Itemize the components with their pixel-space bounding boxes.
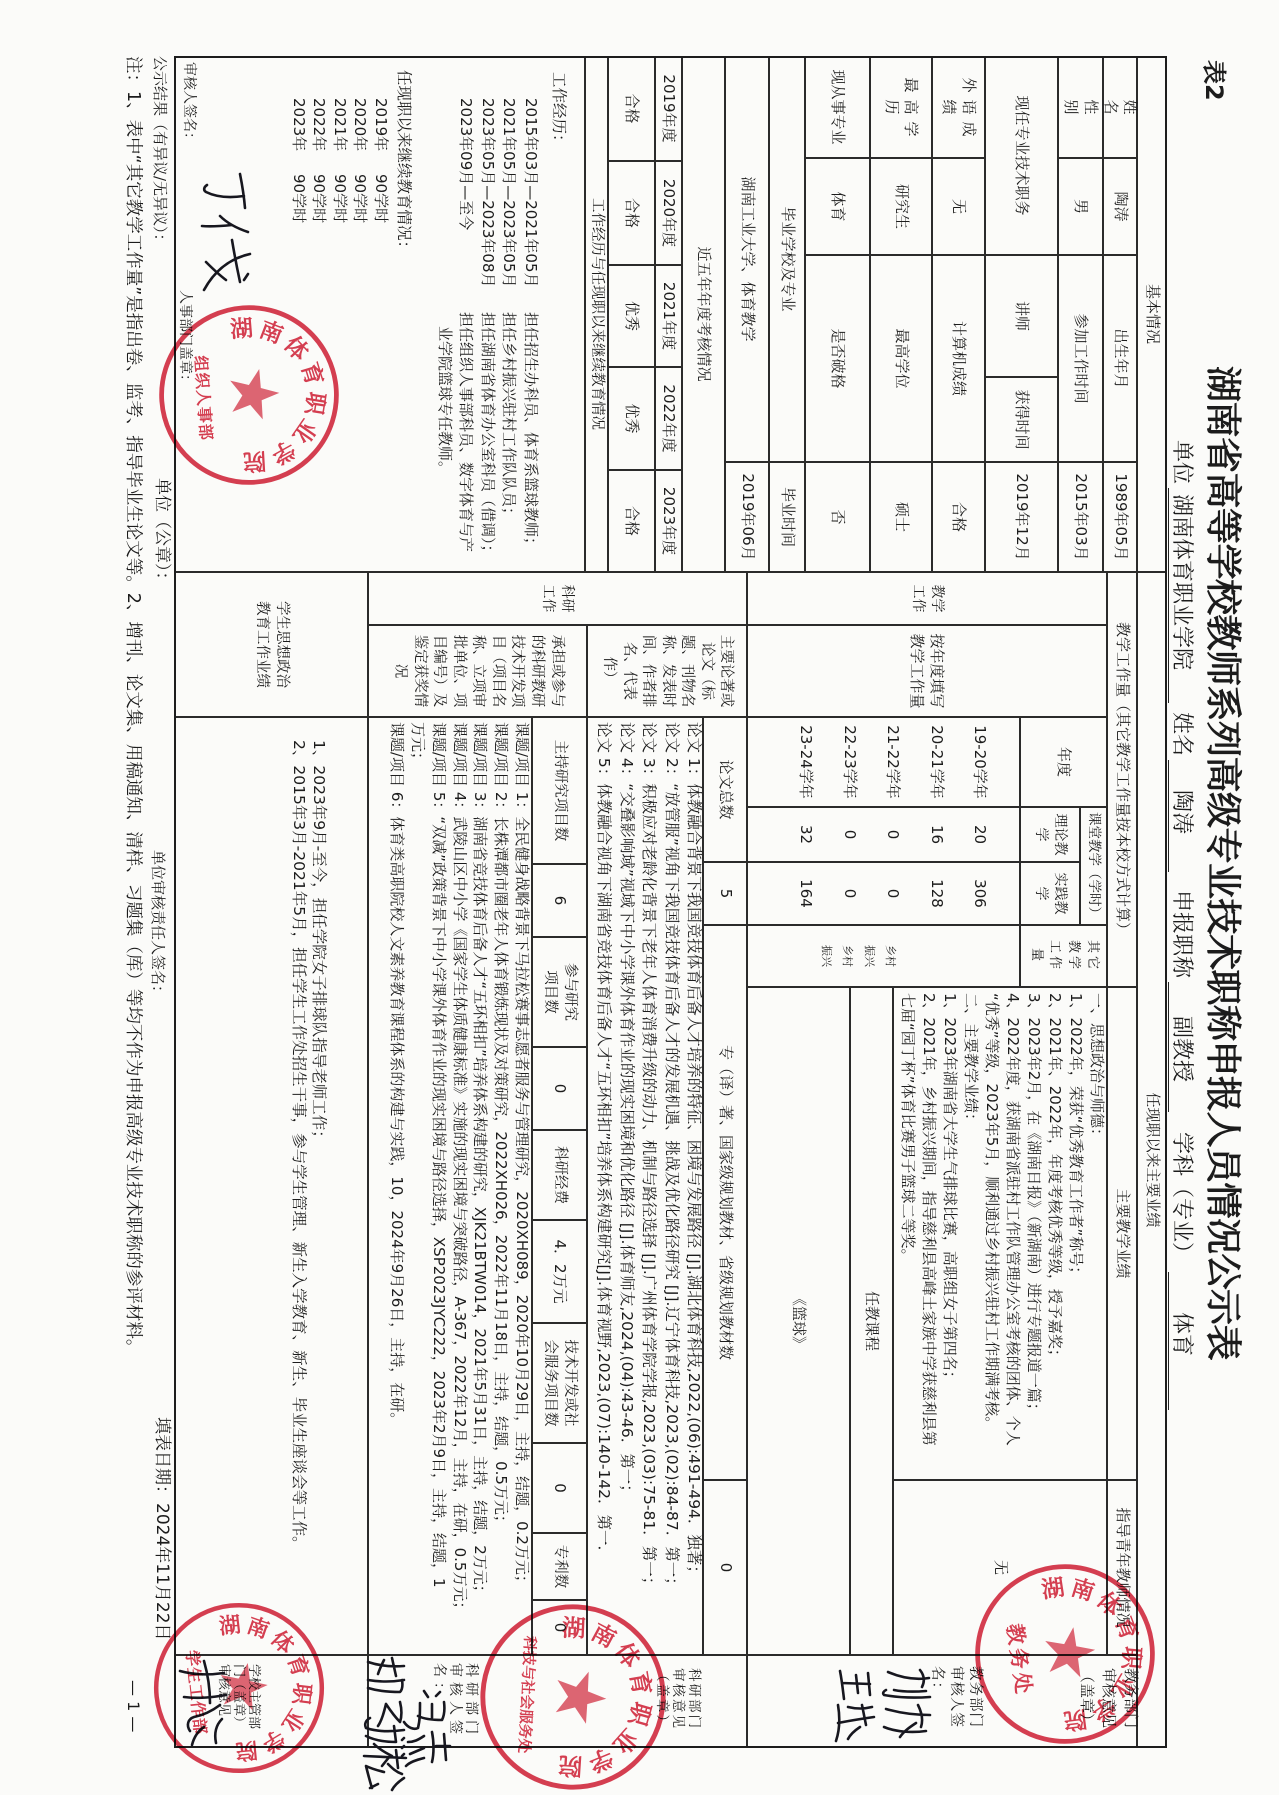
practice-hours: 306 [969,862,991,925]
work-desc: 担任招生办科员、体育系篮球教师； [520,312,541,552]
assessment-result: 合格 [608,161,655,265]
applicant-name-label: 姓名 [1168,712,1195,756]
paper-entry: 论文 4：“交叠影响域”视域下中小学课外体育作业的现实困境和优化路径 [J].体… [616,722,638,1500]
signature-stroke [202,174,250,290]
star-icon [220,1661,270,1713]
obtained-label: 获得时间 [985,377,1058,462]
achievement-line: 二、主要教学业绩： [960,993,981,1128]
teaching-year: 20-21学年 [926,717,948,807]
paper-entry: 论文 3：积极应对老龄化背景下老年人体育消费升级的动力、机制与路径选择 [J].… [638,722,660,1592]
ce-hours: 90学时 [329,174,350,223]
unit-value: 湖南体育职业学院 [1168,488,1195,703]
stat-label-lead-projects: 主持研究项目数 [532,717,587,864]
research-section-label: 科研工作 [368,572,747,625]
work-desc: 担任湖南省体育办公室科员（借调）； [477,312,498,560]
teaching-achievements-header: 主要教学业绩 [1107,987,1137,1480]
assessment-result: 优秀 [608,367,655,470]
document-page: 表2 湖南省高等学校教师系列高级专业技术职称申报人员情况公示表 单位 湖南体育职… [0,0,1279,1795]
research-signatures [359,1650,454,1795]
project-line: 课题/项目 5：“双减”政策背景下中小学课外体育作业的现实困境与路径选择，XSP… [428,722,449,1588]
ce-year: 2021年 [329,98,350,151]
academic-affairs-stamp: 湖南体育职业学院 教务处 [958,1547,1173,1762]
work-start-label: 参加工作时间 [1058,255,1103,462]
education-label: 最高学历 [870,56,932,158]
school-value: 湖南工业大学、体育教学 [725,56,769,462]
reviewer-signature [199,170,254,295]
reviewer-sign-label: 审核人签名： [178,62,199,146]
col-practice-text: 实践教学 [1031,872,1069,916]
teaching-year: 19-20学年 [969,717,991,807]
obtained-value: 2019年12月 [985,462,1058,572]
stat-label-service-projects-text: 技术开发或社会服务项目数 [540,1338,579,1428]
signature-stroke [836,1670,930,1741]
footnote: 注：1、表中“其它教学工作量”是指出卷、监考、指导毕业生论文等。2、增刊、论文集… [123,56,143,1356]
teaching-section-label-text: 教学工作 [908,584,946,614]
teaching-section-label: 教学工作 [747,572,1107,625]
applied-title-label: 申报职称 [1168,890,1195,978]
star-icon [230,368,282,422]
assessment-year: 2020年度 [655,161,682,265]
project-line: 万元； [407,722,428,767]
ce-hours: 90学时 [288,174,309,223]
col-practice-header: 实践教学 [1020,862,1080,925]
achievement-line: “优秀”等级，2023年5月，顺利通过乡村振兴驻村工作期满考核。 [981,993,1002,1431]
ce-hours: 90学时 [349,174,370,223]
stat-label-joined-projects: 参与研究项目数 [532,937,587,1047]
work-period: 2023年09月—至今 [455,98,476,230]
stamp-department-text: 科技与社会服务处 [515,1635,539,1754]
student-affairs-stamp: 湖南体育职业学院 学生工作部 [140,1589,338,1787]
assessment-result: 合格 [608,56,655,161]
basic-info-header: 基本情况 [1137,56,1167,572]
achievement-line: 1、2022年，荣获“优秀教育工作者”称号； [1065,993,1086,1281]
paper-count-value: 5 [703,862,747,925]
project-line: 课题/项目 1：全民健身战略背景下马拉松赛事志愿者服务与管理研究，2020XH0… [511,722,532,1590]
textbook-count-label: 专（译）著、国家级规划教材、省级规划教材数 [703,925,747,1480]
academic-affairs-signature [829,1665,934,1745]
student-work-line: 1、2023年9月-至今，担任学院女子排球队指导老师工作； [308,740,329,1146]
name-value: 陶涛 [1103,158,1137,255]
assessment-year: 2019年度 [655,56,682,161]
theory-hours: 32 [795,807,817,862]
research-section-label-text: 科研工作 [539,584,577,614]
ce-year: 2019年 [370,98,391,151]
unit-reviewer-label: 单位审核责任人签名： [149,850,166,1000]
other-workload: 乡村振兴 [859,943,901,969]
theory-hours: 16 [926,807,948,862]
achievement-line: 2、2021年、2022年，年度考核优秀等级，授予嘉奖； [1044,993,1065,1364]
teaching-year: 21-22学年 [882,717,904,807]
project-line: 课题/项目 3：湖南省竞技体育后备人才“五环相扣”培养体系构建的研究，XJK21… [469,722,490,1600]
paper-count-label: 论文总数 [703,717,747,862]
other-workload: 乡村振兴 [816,943,858,969]
applicant-name-value: 陶涛 [1168,760,1195,872]
col-theory-text: 理论教学 [1031,813,1069,857]
paper-entry: 论文 1：体教融合背景下我国竞技体育后备人才培养的特征、困境与发展路径 [J].… [683,722,705,1581]
textbook-count-value: 0 [703,1480,747,1655]
page-title: 湖南省高等学校教师系列高级专业技术职称申报人员情况公示表 [1202,366,1243,1360]
publicity-result-label: 公示结果（有异议/无异议）： [151,56,168,249]
birth-label: 出生年月 [1103,255,1137,462]
major-label: 现从事专业 [805,56,870,158]
stamp-department-text: 学生工作部 [182,1649,210,1736]
degree-value: 硕士 [870,462,932,572]
practice-hours: 164 [795,862,817,925]
work-period: 2023年05月—2023年08月 [477,98,498,288]
applied-title-value: 副教授 [1168,982,1195,1112]
courses-body: 《篮球》 [747,987,850,1655]
signature-stroke [364,1658,450,1790]
paper-entry: 论文 2：“放管服”视角下我国竞技体育后备人才的发展机遇、挑战及优化路径研究 [… [661,722,683,1593]
current-title-value: 讲师 [985,255,1058,377]
ce-year: 2022年 [308,98,329,151]
star-icon [1044,1625,1099,1682]
achievement-line: 2、2021年，乡村振兴期间，指导慈利县高峰土家族中学获慈利县第 [918,993,939,1446]
teaching-row-label: 按年度填写教学工作量 [747,625,1107,717]
page-number: — 1 — [124,1680,142,1732]
achievement-line: 1、2023年湖南省大学生气排球比赛，高职组女子第四名； [939,993,960,1386]
star-icon [555,1670,607,1725]
achievement-line: 4、2022年度，获湖南省派驻村工作队管理办公室考核的团体、个人 [1002,993,1023,1446]
school-label: 毕业学校及专业 [769,56,805,462]
col-theory-header: 理论教学 [1020,807,1080,862]
stat-value-service-projects: 0 [532,1443,587,1533]
ce-year: 2023年 [288,98,309,151]
gender-value: 男 [1058,158,1103,255]
stat-label-joined-projects-text: 参与研究项目数 [540,961,579,1023]
foreign-lang-label: 外语成绩 [932,56,985,158]
name-label: 姓名 [1103,56,1137,158]
practice-hours: 0 [839,862,861,925]
discipline-label: 学科（专业） [1168,1132,1195,1264]
project-line: 课题/项目 2：长株潭都市圈老年人体育锻炼现状及对策研究，2022XH026，2… [490,722,511,1530]
stat-value-funding: 4．2万元 [532,1220,587,1323]
ce-year: 2020年 [349,98,370,151]
work-desc: 担任组织人事部科员、数字体育与产 [455,312,476,552]
theory-hours: 20 [969,807,991,862]
computer-value: 合格 [932,462,985,572]
teaching-year: 22-23学年 [839,717,861,807]
work-start-value: 2015年03月 [1058,462,1103,572]
projects-label: 承担或参与的科研教研技术开发项目（项目名称、立项审批单位、项目编号）及鉴定获奖情… [368,625,587,717]
assessment-result: 优秀 [608,265,655,367]
continuing-education-label: 任现职以来继续教育情况： [393,70,414,256]
work-history-label: 工作经历： [548,72,569,150]
col-year-header: 年度 [1020,717,1107,807]
teaching-year: 23-24学年 [795,717,817,807]
student-work-label-text: 学生思想政治教育工作业绩 [251,600,290,690]
exceptional-label: 是否破格 [805,255,870,462]
computer-label: 计算机成绩 [932,255,985,462]
achievement-line: 七届“园丁杯”体育比赛男子篮球二等奖。 [897,993,918,1264]
assessment-year: 2022年度 [655,367,682,470]
student-work-label: 学生思想政治教育工作业绩 [174,572,368,717]
fill-date-label: 填表日期： [151,1417,171,1502]
practice-hours: 0 [882,862,904,925]
major-value: 体育 [805,158,870,255]
work-period: 2015年03月—2021年05月 [520,98,541,288]
gender-label: 性别 [1058,56,1103,158]
ce-hours: 90学时 [308,174,329,223]
work-desc: 担任乡村振兴驻村工作队队员； [498,312,519,522]
ce-hours: 90学时 [370,174,391,223]
form-label: 表2 [1199,60,1227,101]
work-period: 2021年05月—2023年05月 [498,98,519,288]
stat-label-service-projects: 技术开发或社会服务项目数 [532,1323,587,1443]
assessment-result: 合格 [608,470,655,572]
stat-label-patents: 专利数 [532,1533,587,1600]
stamp-department-text: 组织人事部 [191,355,216,442]
achievement-line: 一、思想政治与师德： [1086,993,1107,1143]
assessment-year: 2021年度 [655,265,682,367]
col-other-text: 其它教学工作量 [1026,940,1101,972]
history-header: 工作经历与任现职以来继续教育情况 [585,56,608,572]
practice-hours: 128 [926,862,948,925]
discipline-value: 体育 [1168,1272,1195,1410]
teaching-workload-header: 教学工作量（其它教学工作量按本校方式计算） [1107,572,1137,987]
stamp-department-text: 教务处 [1002,1622,1036,1699]
theory-hours: 0 [839,807,861,862]
theory-hours: 0 [882,807,904,862]
grad-date-label: 毕业时间 [769,462,805,572]
paper-entry: 论文 5：体教融合视角下湖南省竞技体育后备人才“五环相扣”培养体系构建研究[J]… [593,722,615,1561]
assessment-year: 2023年度 [655,470,682,572]
unit-label: 单位 [1168,440,1195,484]
student-work-line: 2、2015年3月-2021年5月，担任学生工作处招生干事，参与学生管理、新生入… [288,740,309,1552]
stat-value-joined-projects: 0 [532,1047,587,1130]
papers-label-text: 主要论著或论文（标题、刊物名称、发表时间、作者排名、代表作） [599,633,736,709]
papers-label: 主要论著或论文（标题、刊物名称、发表时间、作者排名、代表作） [587,625,747,717]
courses-header: 任教课程 [850,987,893,1655]
current-title-label: 现任专业技术职务 [985,56,1058,255]
grad-date-value: 2019年06月 [725,462,769,572]
project-line: 课题/项目 4：武陵山区中小学《国家学生体质健康标准》实施的现实困境与突破路径，… [449,722,470,1616]
foreign-lang-value: 无 [932,158,985,255]
col-other-header: 其它教学工作量 [1020,925,1107,987]
education-value: 研究生 [870,158,932,255]
degree-label: 最高学位 [870,255,932,462]
col-classroom-header: 课堂教学（学时） [1080,807,1107,925]
birth-value: 1989年05月 [1103,462,1137,572]
exceptional-value: 否 [805,462,870,572]
research-office-stamp: 湖南体育职业学院 科技与社会服务处 [470,1594,676,1795]
project-line: 课题/项目 6：体育类高职院校人文素养教育课程体系的构建与实践，10，2024年… [386,722,407,1427]
assessment-header: 近五年年度考核情况 [682,56,725,572]
student-work-body [174,717,368,1655]
work-desc-continuation: 业学院篮球专任教师。 [434,326,455,476]
stat-value-lead-projects: 6 [532,864,587,937]
projects-label-text: 承担或参与的科研教研技术开发项目（项目名称、立项审批单位、项目编号）及鉴定获奖情… [389,633,565,709]
teaching-row-label-text: 按年度填写教学工作量 [907,632,948,710]
achievement-line: 3、2023年2月，在《湖南日报》（新湖南）进行专题报道一篇； [1023,993,1044,1418]
stat-label-funding: 科研经费 [532,1130,587,1220]
hr-department-stamp: 湖南体育职业学院 组织人事部 [148,294,351,497]
